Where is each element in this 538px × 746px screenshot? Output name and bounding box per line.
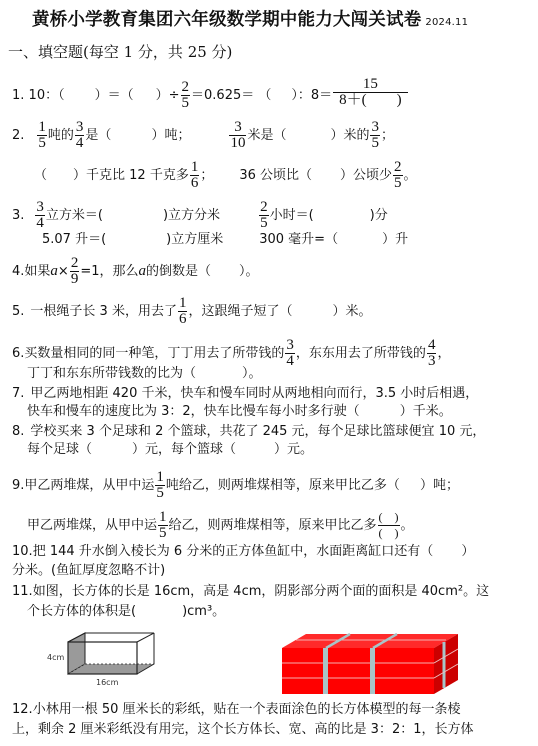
q1-text: ）÷ (156, 88, 180, 103)
q6-text: ）。 (242, 366, 262, 381)
q10-text: 分米。(鱼缸厚度忽略不计) (12, 563, 165, 578)
q2-number: 2. (12, 128, 24, 143)
q3-number: 3. (12, 208, 24, 223)
q11-text: 如图，长方体的长是 16cm，高是 4cm，阴影部分两个面的面积是 40cm²。… (33, 584, 489, 599)
question-6: 6.买数量相同的同一种笔，丁丁用去了所带钱的34，东东用去了所带钱的43， (12, 338, 450, 369)
q8-text: 每个足球（ (27, 442, 92, 457)
q2-text: 。 (404, 168, 417, 183)
exam-title: 黄桥小学教育集团六年级数学期中能力大闯关试卷2024.11 (0, 6, 538, 31)
length-label: 16cm (96, 678, 118, 687)
q6-text: ，东东用去了所带钱的 (296, 346, 426, 361)
q9-number: 9. (12, 478, 24, 493)
q2-text: ）米的 (330, 128, 369, 143)
question-2-line2: （）千克比 12 千克多16；36 公顷比（）公顷少25。 (34, 160, 417, 191)
q2-text: 36 公顷比（ (239, 168, 312, 183)
q9-text: 。 (401, 518, 414, 533)
q2-text: ）公顷少 (340, 168, 392, 183)
fraction: 15 (37, 120, 47, 151)
title-text: 黄桥小学教育集团六年级数学期中能力大闯关试卷 (32, 10, 421, 30)
q3-text: 5.07 升＝( (42, 232, 106, 247)
q12-text: 上，剩余 2 厘米彩纸没有用完，这个长方体长、宽、高的比是 3：2：1，长方体 (12, 722, 473, 737)
fraction: 34 (35, 200, 45, 231)
cuboid-figure: 4cm 16cm (40, 628, 170, 688)
question-1: 1. 10：（）＝（）÷25＝0.625＝ （）：8＝158＋( ) (12, 80, 409, 111)
q6-text: 丁丁和东东所带钱数的比为（ (27, 366, 196, 381)
question-6-line2: 丁丁和东东所带钱数的比为（）。 (27, 366, 262, 382)
variable-a: a (50, 263, 58, 279)
fraction: 25 (259, 200, 269, 231)
q2-text: ； (200, 168, 213, 183)
q2-text: （ (34, 168, 47, 183)
q3-text: 立方米＝( (46, 208, 103, 223)
q12-number: 12. (12, 702, 33, 717)
question-8: 8.学校买来 3 个足球和 2 个篮球，共花了 245 元，每个足球比篮球便宜 … (12, 424, 485, 440)
question-12-line2: 上，剩余 2 厘米彩纸没有用完，这个长方体长、宽、高的比是 3：2：1，长方体 (12, 722, 473, 738)
q6-number: 6. (12, 346, 24, 361)
q12-text: 小林用一根 50 厘米长的彩纸，贴在一个表面涂色的长方体模型的每一条棱 (33, 702, 461, 717)
q2-text: ）千克比 12 千克多 (73, 168, 189, 183)
q6-text: 买数量相同的同一种笔，丁丁用去了所带钱的 (24, 346, 284, 361)
fraction: 35 (370, 120, 380, 151)
q9-text: 给乙，则两堆煤相等，原来甲比乙多 (169, 518, 377, 533)
q1-text: 10：（ (29, 88, 65, 103)
q5-number: 5. (12, 304, 24, 319)
q9-text: ）吨； (420, 478, 459, 493)
question-12: 12.小林用一根 50 厘米长的彩纸，贴在一个表面涂色的长方体模型的每一条棱 (12, 702, 461, 718)
q8-text: 学校买来 3 个足球和 2 个篮球，共花了 245 元，每个足球比篮球便宜 10… (30, 424, 485, 439)
q8-number: 8. (12, 424, 24, 439)
q8-text: ）元，每个篮球（ (132, 442, 236, 457)
fraction: 29 (70, 256, 80, 287)
q11-text: 个长方体的体积是( (27, 604, 136, 619)
fraction: 34 (285, 338, 295, 369)
q7-text: ）千米。 (400, 404, 452, 419)
q10-text: ） (461, 544, 474, 559)
section-heading: 一、填空题(每空 1 分，共 25 分) (8, 41, 232, 62)
q4-text: 的倒数是（ (146, 264, 211, 279)
q11-text: )cm³。 (182, 604, 225, 619)
question-4: 4.如果a×29=1，那么a的倒数是（）。 (12, 256, 259, 287)
q7-text: 快车和慢车的速度比为 3：2，快车比慢车每小时多行驶（ (27, 404, 360, 419)
fraction: 310 (229, 120, 246, 151)
question-7-line2: 快车和慢车的速度比为 3：2，快车比慢车每小时多行驶（）千米。 (27, 404, 452, 420)
question-2: 2.15吨的34是（）吨；310米是（）米的35； (12, 120, 394, 151)
q3-text: )分 (370, 208, 388, 223)
q9-text: 吨给乙，则两堆煤相等，原来甲比乙多（ (166, 478, 400, 493)
q5-text: ，这跟绳子短了（ (188, 304, 292, 319)
q7-number: 7. (12, 386, 24, 401)
q4-text: 如果 (24, 264, 50, 279)
times-sign: × (58, 264, 69, 279)
question-3: 3.34立方米＝()立方分米25小时＝()分 (12, 200, 388, 231)
q10-number: 10. (12, 544, 33, 559)
fraction: 25 (181, 80, 191, 111)
brick-stack-icon (276, 630, 466, 694)
q3-text: 300 毫升=（ (259, 232, 338, 247)
q2-text: 米是（ (247, 128, 286, 143)
q1-text: ）＝（ (95, 88, 134, 103)
q6-text: ， (437, 346, 450, 361)
fraction: 16 (178, 296, 188, 327)
question-7: 7.甲乙两地相距 420 千米，快车和慢车同时从两地相向而行，3.5 小时后相遇… (12, 386, 478, 402)
height-label: 4cm (47, 653, 64, 662)
variable-a: a (139, 263, 147, 279)
brick-stack-figure (276, 630, 466, 694)
fraction: 15 (155, 470, 165, 501)
q8-text: ）元。 (274, 442, 313, 457)
q7-text: 甲乙两地相距 420 千米，快车和慢车同时从两地相向而行，3.5 小时后相遇， (30, 386, 478, 401)
fraction: 15 (158, 510, 168, 541)
q4-text: ）。 (239, 264, 259, 279)
q2-text: 是（ (85, 128, 111, 143)
fraction: 25 (393, 160, 403, 191)
question-5: 5.一根绳子长 3 米，用去了16，这跟绳子短了（）米。 (12, 296, 371, 327)
blank-fraction: ( )( ) (378, 510, 400, 541)
question-9: 9.甲乙两堆煤，从甲中运15吨给乙，则两堆煤相等，原来甲比乙多（）吨； (12, 470, 459, 501)
q10-text: 把 144 升水倒入棱长为 6 分米的正方体鱼缸中，水面距离缸口还有（ (33, 544, 434, 559)
fraction: 16 (190, 160, 200, 191)
question-8-line2: 每个足球（）元，每个篮球（）元。 (27, 442, 313, 458)
q1-text: ＝0.625＝ （ (191, 88, 271, 103)
question-3-line2: 5.07 升＝()立方厘米300 毫升=（）升 (42, 232, 408, 248)
q3-text: ）升 (382, 232, 408, 247)
q3-text: )立方厘米 (166, 232, 223, 247)
question-11-line2: 个长方体的体积是()cm³。 (27, 604, 225, 620)
q1-number: 1. (12, 88, 24, 103)
question-9-line2: 甲乙两堆煤，从甲中运15给乙，则两堆煤相等，原来甲比乙多( )( )。 (27, 510, 414, 541)
q1-text: ）：8＝ (291, 88, 332, 103)
fraction: 158＋( ) (333, 77, 408, 108)
q11-number: 11. (12, 584, 33, 599)
exam-date: 2024.11 (425, 17, 468, 28)
fraction: 43 (427, 338, 437, 369)
q5-text: 一根绳子长 3 米，用去了 (30, 304, 177, 319)
question-10: 10.把 144 升水倒入棱长为 6 分米的正方体鱼缸中，水面距离缸口还有（） (12, 544, 474, 560)
q2-text: ）吨； (151, 128, 190, 143)
q4-number: 4. (12, 264, 24, 279)
q3-text: )立方分米 (163, 208, 220, 223)
q4-text: =1，那么 (80, 264, 138, 279)
q2-text: 吨的 (48, 128, 74, 143)
fraction: 34 (75, 120, 85, 151)
question-11: 11.如图，长方体的长是 16cm，高是 4cm，阴影部分两个面的面积是 40c… (12, 584, 489, 600)
q2-text: ； (381, 128, 394, 143)
q5-text: ）米。 (332, 304, 371, 319)
q9-text: 甲乙两堆煤，从甲中运 (24, 478, 154, 493)
q9-text: 甲乙两堆煤，从甲中运 (27, 518, 157, 533)
question-10-line2: 分米。(鱼缸厚度忽略不计) (12, 563, 165, 579)
q3-text: 小时＝( (270, 208, 314, 223)
